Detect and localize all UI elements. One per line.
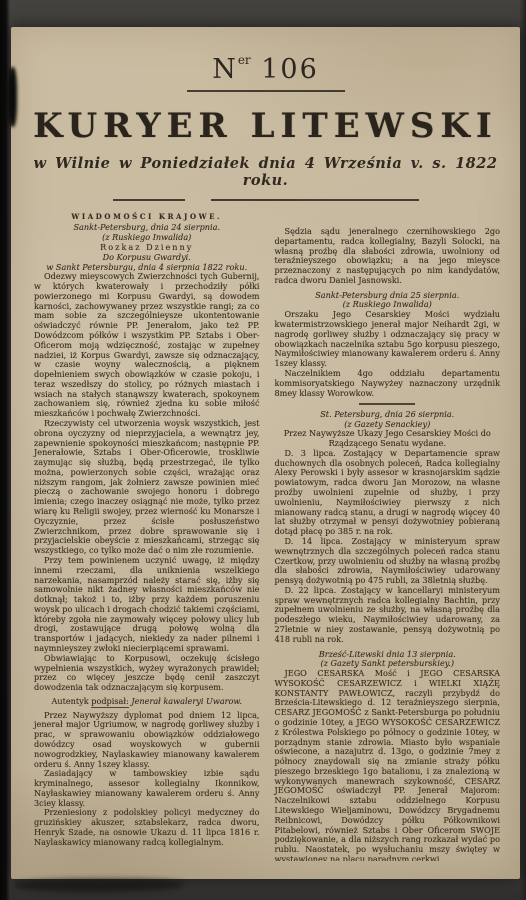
appointment-paragraph: Zasiadający w tambowskiey izbie sądu kry… [34, 769, 260, 808]
order-paragraph: Rzeczywisty cel utworzenia woysk wszystk… [34, 419, 260, 556]
decree-paragraph: D. 22 lipca. Zostający w kancellaryi min… [275, 586, 501, 645]
newspaper-scan-photo: Ner 106 KURYER LITEWSKI w Wilnie w Ponie… [0, 0, 526, 900]
left-column: WIADOMOŚCI KRAJOWE. Sankt-Petersburg, dn… [34, 213, 260, 861]
body-columns: WIADOMOŚCI KRAJOWE. Sankt-Petersburg, dn… [11, 201, 520, 861]
scan-right-edge [519, 0, 526, 900]
newspaper-page: Ner 106 KURYER LITEWSKI w Wilnie w Ponie… [11, 27, 520, 879]
newspaper-title: KURYER LITEWSKI [11, 106, 520, 146]
signature-line: Autentyk podpisał: Jenerał kawaleryi Uwa… [34, 697, 260, 707]
masthead-dateline: w Wilnie w Poniedziałek dnia 4 Września … [11, 155, 520, 189]
masthead: Ner 106 KURYER LITEWSKI w Wilnie w Ponie… [11, 27, 520, 201]
scan-bottom-smudge [14, 879, 184, 892]
signature-underlined-word: podpisał: [91, 696, 128, 708]
order-paragraph: Przy tem powinienem uczynić uwagę, iż mi… [34, 556, 260, 654]
imperial-visit-paragraph: JEGO CESARSKA Mość i JEGO CESARSKA WYSOK… [275, 669, 501, 861]
right-column: Sędzia sądu jeneralnego czernihowskiego … [275, 213, 501, 861]
issue-divider-rule [187, 90, 345, 92]
divider-segment-long [211, 199, 419, 201]
section-heading-domestic-news: WIADOMOŚCI KRAJOWE. [34, 213, 260, 221]
order-paragraph: Obwiawiając to Korpusowi, oczekuję ścisł… [34, 654, 260, 693]
paper-edge-tear [8, 67, 17, 127]
scan-left-edge [0, 0, 10, 900]
appointment-paragraph: Przeniesiony z podolskiey policyi medycz… [34, 808, 260, 847]
ukazy-intro-line: Przez Naywyższe Ukazy Jego Cesarskiey Mo… [275, 429, 501, 449]
appointment-paragraph: Przez Naywyższy dyplomat pod dniem 12 li… [34, 711, 260, 770]
section-divider-rule [359, 403, 415, 405]
judge-paragraph: Sędzia sądu jeneralnego czernihowskiego … [275, 227, 501, 286]
order-paragraph: Odezwy mieyscowych Zwierzchności tych Gu… [34, 272, 260, 419]
issue-number: Ner 106 [11, 53, 520, 85]
neihardt-paragraph: Orszaku Jego Cesarskiey Mości wydziału k… [275, 310, 501, 369]
divider-segment-short [113, 199, 185, 201]
signature-name: Jenerał kawaleryi Uwarow. [129, 696, 242, 706]
worowkow-paragraph: Naczelnikiem 4go oddziału departamentu k… [275, 369, 501, 398]
decree-paragraph: D. 14 lipca. Zostający w ministeryum spr… [275, 537, 501, 586]
decree-paragraph: D. 3 lipca. Zostający w Departamencie sp… [275, 449, 501, 537]
issue-superscript: er [238, 53, 251, 67]
